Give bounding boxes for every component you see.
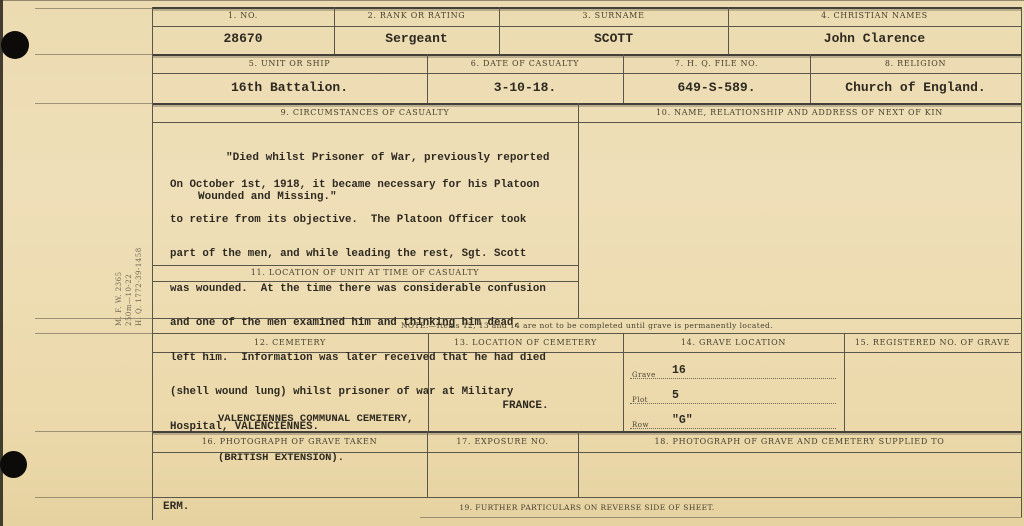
rule-line [844, 333, 845, 431]
margin-print-code-line: H. Q. 1772-39-1458 [134, 226, 144, 326]
grave-plot-label: Plot [632, 396, 648, 404]
field-photo-supplied-label: 18. PHOTOGRAPH OF GRAVE AND CEMETERY SUP… [578, 437, 1021, 446]
field-cemetery-label: 12. CEMETERY [152, 338, 428, 347]
rule-line [152, 26, 1022, 27]
rule-line [578, 103, 579, 318]
casualty-record-card: M. F. W. 2365 250m—10-22 H. Q. 1772-39-1… [0, 0, 1024, 526]
field-rank-label: 2. RANK OR RATING [334, 11, 499, 20]
field-unit-label: 5. UNIT OR SHIP [152, 59, 427, 68]
field-registered-no-label: 15. REGISTERED NO. OF GRAVE [844, 338, 1021, 347]
rule-line [152, 7, 1022, 9]
field-exposure-no-label: 17. EXPOSURE NO. [427, 437, 578, 446]
rule-line [35, 497, 152, 498]
grave-row-label: Row [632, 421, 649, 429]
field-circumstances-label: 9. CIRCUMSTANCES OF CASUALTY [152, 108, 578, 117]
circumstances-body-line: was wounded. At the time there was consi… [170, 284, 576, 296]
field-rank-value: Sergeant [334, 31, 499, 46]
field-unit-location-label: 11. LOCATION OF UNIT AT TIME OF CASUALTY [152, 268, 578, 277]
rule-line [152, 497, 1022, 498]
margin-print-code-line: M. F. W. 2365 [114, 226, 124, 326]
punch-hole-top [1, 31, 29, 59]
field-no-label: 1. NO. [152, 11, 334, 20]
circumstances-body-line: On October 1st, 1918, it became necessar… [170, 180, 576, 192]
field-hq-file-no-label: 7. H. Q. FILE NO. [623, 59, 810, 68]
field-next-of-kin-label: 10. NAME, RELATIONSHIP AND ADDRESS OF NE… [578, 108, 1021, 117]
scan-left-edge [0, 0, 3, 526]
grave-row-value: "G" [672, 414, 693, 427]
rule-line [35, 103, 152, 104]
grave-number-value: 16 [672, 364, 686, 377]
circumstances-body-line: left him. Information was later received… [170, 353, 576, 365]
field-cemetery-location-label: 13. LOCATION OF CEMETERY [428, 338, 623, 347]
item19-text: 19. FURTHER PARTICULARS ON REVERSE SIDE … [152, 503, 1022, 512]
circumstances-body-line: to retire from its objective. The Platoo… [170, 215, 576, 227]
field-christian-names-value: John Clarence [728, 31, 1021, 46]
rule-line [35, 54, 152, 55]
rule-line [1021, 7, 1022, 517]
field-religion-label: 8. RELIGION [810, 59, 1021, 68]
punch-hole-bottom [0, 451, 27, 478]
field-cemetery-location-value: FRANCE. [428, 400, 623, 412]
grave-row-row: Row "G" [630, 410, 836, 429]
field-date-of-casualty-value: 3-10-18. [427, 80, 623, 95]
cemetery-value-line: VALENCIENNES COMMUNAL CEMETERY, [218, 413, 413, 426]
rule-line [35, 431, 152, 432]
margin-print-code-line: 250m—10-22 [124, 226, 134, 326]
rule-line [35, 318, 152, 319]
rule-line [152, 103, 1022, 105]
field-religion-value: Church of England. [810, 80, 1021, 95]
scan-top-edge [0, 0, 1024, 1]
field-grave-location-label: 14. GRAVE LOCATION [623, 338, 844, 347]
field-photo-taken-label: 16. PHOTOGRAPH OF GRAVE TAKEN [152, 437, 427, 446]
note-text: NOTE:—Items 12, 13 and 14 are not to be … [152, 321, 1022, 330]
grave-plot-value: 5 [672, 389, 679, 402]
grave-number-label: Grave [632, 371, 656, 379]
margin-print-code: M. F. W. 2365 250m—10-22 H. Q. 1772-39-1… [114, 226, 144, 326]
grave-number-row: Grave 16 [630, 360, 836, 379]
field-surname-value: SCOTT [499, 31, 728, 46]
field-hq-file-no-value: 649-S-589. [623, 80, 810, 95]
field-no-value: 28670 [152, 31, 334, 46]
rule-line [152, 122, 1022, 123]
rule-line [152, 73, 1022, 74]
cemetery-value-line: (BRITISH EXTENSION). [218, 452, 413, 465]
field-unit-value: 16th Battalion. [152, 80, 427, 95]
field-date-of-casualty-label: 6. DATE OF CASUALTY [427, 59, 623, 68]
grave-plot-row: Plot 5 [630, 385, 836, 404]
rule-line [420, 517, 1022, 518]
field-surname-label: 3. SURNAME [499, 11, 728, 20]
rule-line [152, 54, 1022, 56]
rule-line [35, 333, 152, 334]
circumstances-body-line: part of the men, and while leading the r… [170, 249, 576, 261]
rule-line [35, 8, 152, 9]
field-christian-names-label: 4. CHRISTIAN NAMES [728, 11, 1021, 20]
rule-line [623, 333, 624, 431]
